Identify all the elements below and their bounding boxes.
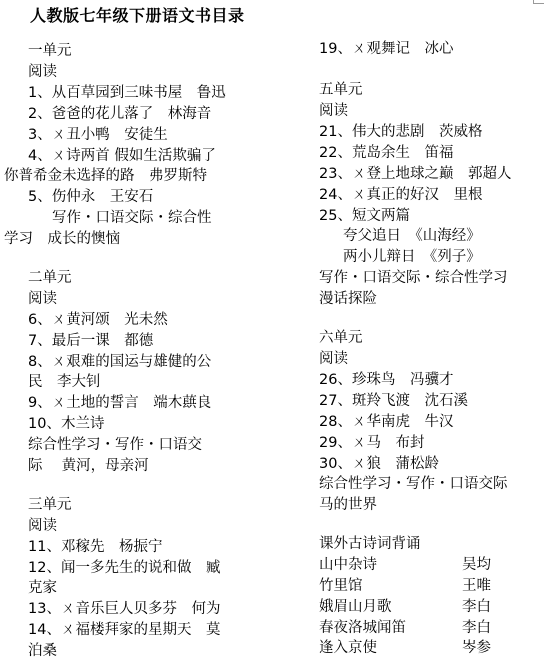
toc-line: 阅读 [28,516,57,536]
toc-line: 夸父追日 《山海经》 [343,226,481,246]
toc-line: 28、ㄨ华南虎 牛汉 [319,412,453,432]
toc-line: 课外古诗词背诵 [319,534,421,554]
toc-line: 6、ㄨ黄河颂 光未然 [28,310,168,330]
toc-line: 马的世界 [319,495,377,515]
toc-line: 一单元 [28,41,72,61]
toc-line: 26、珍珠鸟 冯骥才 [319,370,453,390]
toc-line: 10、木兰诗 [28,414,104,434]
toc-line: 写作・口语交际・综合性 [52,208,212,228]
toc-line: 3、ㄨ丑小鸭 安徒生 [28,125,168,145]
toc-line: 三单元 [28,495,72,515]
toc-line: 23、ㄨ登上地球之巅 郭超人 [319,164,511,184]
toc-line: 4、ㄨ诗两首 假如生活欺骗了 [28,146,216,166]
poem-author: 李白 [462,597,491,617]
toc-line: 二单元 [28,268,72,288]
toc-line: 综合性学习・写作・口语交 [28,435,202,455]
toc-line: 27、斑羚飞渡 沈石溪 [319,391,468,411]
toc-line: 9、ㄨ土地的誓言 端木蕻良 [28,393,211,413]
toc-line: 24、ㄨ真正的好汉 里根 [319,185,482,205]
toc-line: 克家 [28,578,57,598]
corner-mark [533,0,544,4]
toc-line: 11、邓稼先 杨振宁 [28,537,162,557]
toc-line: 30、ㄨ狼 蒲松龄 [319,454,439,474]
toc-line: 19、ㄨ观舞记 冰心 [319,39,453,59]
toc-line: 综合性学习・写作・口语交际 [319,474,508,494]
poem-title: 娥眉山月歌 [319,597,392,617]
toc-line: 22、荒岛余生 笛福 [319,143,453,163]
toc-line: 21、伟大的悲剧 茨威格 [319,122,482,142]
toc-line: 7、最后一课 都德 [28,331,153,351]
toc-line: 际 黄河，母亲河 [28,456,149,476]
toc-line: 阅读 [319,349,348,369]
toc-line: 学习 成长的懊恼 [4,229,120,249]
poem-author: 吴均 [462,555,491,575]
toc-line: 13、ㄨ音乐巨人贝多芬 何为 [28,599,220,619]
poem-author: 王唯 [462,576,491,596]
toc-line: 5、伤仲永 王安石 [28,187,153,207]
poem-author: 岑参 [462,638,491,658]
toc-line: 漫话探险 [319,289,377,309]
toc-line: 14、ㄨ福楼拜家的星期天 莫 [28,620,220,640]
toc-line: 阅读 [28,289,57,309]
toc-line: 六单元 [319,328,363,348]
toc-line: 阅读 [28,62,57,82]
toc-line: 泊桑 [28,641,57,659]
toc-line: 两小儿辩日 《列子》 [343,247,481,267]
toc-line: 8、ㄨ艰难的国运与雄健的公 [28,352,211,372]
toc-line: 写作・口语交际・综合性学习 [319,268,508,288]
toc-line: 你普希金未选择的路 弗罗斯特 [4,166,207,186]
poem-title: 竹里馆 [319,576,363,596]
poem-title: 逢入京使 [319,638,377,658]
poem-title: 山中杂诗 [319,555,377,575]
toc-line: 12、闻一多先生的说和做 臧 [28,558,220,578]
toc-line: 五单元 [319,80,363,100]
poem-title: 春夜洛城闻笛 [319,618,406,638]
toc-line: 民 李大钊 [28,372,101,392]
poem-author: 李白 [462,618,491,638]
toc-line: 25、短文两篇 [319,206,410,226]
toc-line: 阅读 [319,101,348,121]
toc-line: 1、从百草园到三味书屋 鲁迅 [28,83,226,103]
toc-line: 29、ㄨ马 布封 [319,433,424,453]
toc-line: 2、爸爸的花儿落了 林海音 [28,104,211,124]
page-title: 人教版七年级下册语文书目录 [30,3,245,26]
